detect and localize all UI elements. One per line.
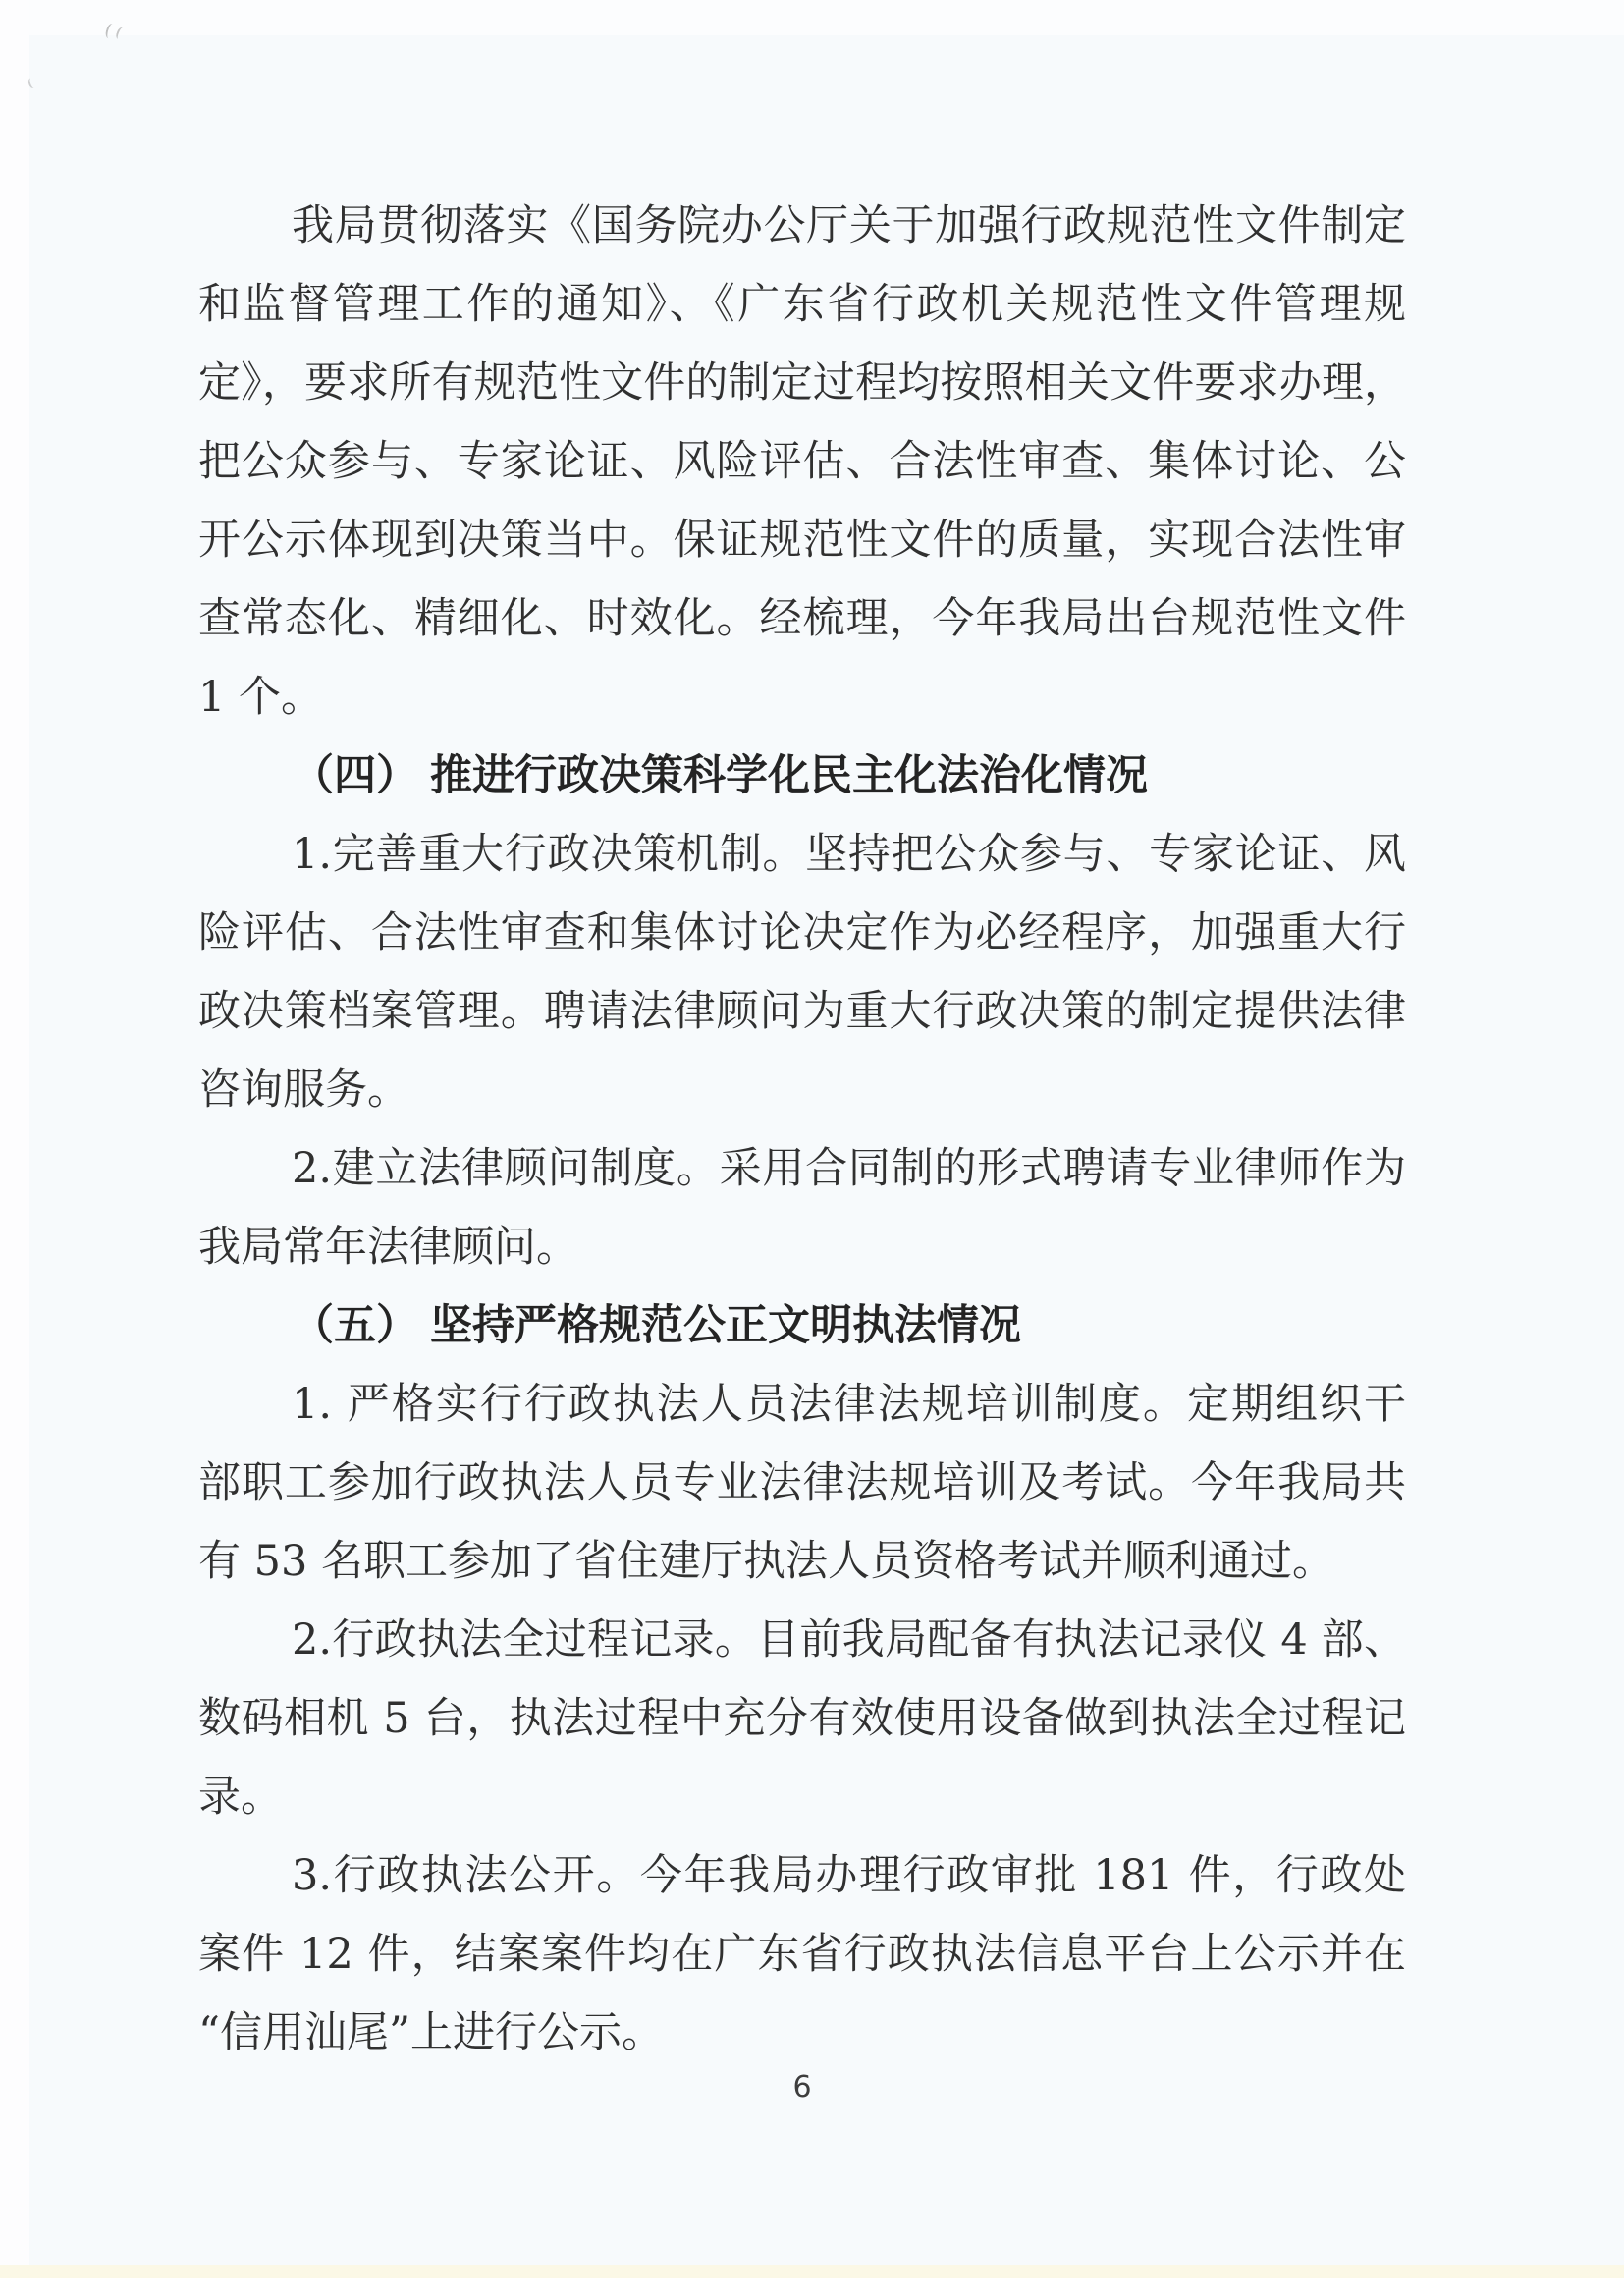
heading-number: （五）	[292, 1286, 418, 1365]
text-line: 2.行政执法全过程记录。目前我局配备有执法记录仪 4 部、	[198, 1601, 1406, 1679]
text-line: 和监督管理工作的通知》、《广东省行政机关规范性文件管理规	[198, 265, 1406, 344]
section-heading: （四）推进行政决策科学化民主化法治化情况	[198, 737, 1406, 815]
section-heading: （五）坚持严格规范公正文明执法情况	[198, 1286, 1406, 1365]
text-line: 录。	[198, 1758, 1406, 1836]
text-line: 政决策档案管理。聘请法律顾问为重大行政决策的制定提供法律	[198, 972, 1406, 1051]
text-line: 1.完善重大行政决策机制。坚持把公众参与、专家论证、风	[198, 815, 1406, 894]
text-line: 把公众参与、专家论证、风险评估、合法性审查、集体讨论、公	[198, 422, 1406, 501]
text-line: 有 53 名职工参加了省住建厅执法人员资格考试并顺利通过。	[198, 1522, 1406, 1601]
text-line: 咨询服务。	[198, 1051, 1406, 1129]
scan-strip-bottom	[0, 2265, 1624, 2278]
text-line: 我局常年法律顾问。	[198, 1208, 1406, 1286]
text-line: 3.行政执法公开。今年我局办理行政审批 181 件，行政处罚	[198, 1836, 1406, 1915]
text-line: 定》，要求所有规范性文件的制定过程均按照相关文件要求办理，	[198, 344, 1406, 422]
text-line: 数码相机 5 台，执法过程中充分有效使用设备做到执法全过程记	[198, 1679, 1406, 1758]
document-page: 我局贯彻落实《国务院办公厅关于加强行政规范性文件制定和监督管理工作的通知》、《广…	[0, 0, 1624, 2296]
text-line: 险评估、合法性审查和集体讨论决定作为必经程序，加强重大行	[198, 894, 1406, 972]
scan-edge-top	[0, 0, 1624, 35]
heading-number: （四）	[292, 737, 418, 815]
text-line: 部职工参加行政执法人员专业法律法规培训及考试。今年我局共	[198, 1444, 1406, 1522]
heading-title: 推进行政决策科学化民主化法治化情况	[430, 737, 1148, 815]
text-line: “信用汕尾”上进行公示。	[198, 1994, 1406, 2072]
text-line: 我局贯彻落实《国务院办公厅关于加强行政规范性文件制定	[198, 187, 1406, 265]
text-line: 查常态化、精细化、时效化。经梳理，今年我局出台规范性文件	[198, 579, 1406, 658]
text-line: 1. 严格实行行政执法人员法律法规培训制度。定期组织干	[198, 1365, 1406, 1444]
page-number: 6	[198, 2066, 1406, 2109]
text-line: 2.建立法律顾问制度。采用合同制的形式聘请专业律师作为	[198, 1129, 1406, 1208]
heading-title: 坚持严格规范公正文明执法情况	[430, 1286, 1021, 1365]
scan-edge-left	[0, 0, 29, 2296]
text-line: 案件 12 件，结案案件均在广东省行政执法信息平台上公示并在	[198, 1915, 1406, 1994]
text-line: 开公示体现到决策当中。保证规范性文件的质量，实现合法性审	[198, 501, 1406, 579]
document-body: 我局贯彻落实《国务院办公厅关于加强行政规范性文件制定和监督管理工作的通知》、《广…	[198, 187, 1406, 2072]
scan-edge-bottom	[0, 2278, 1624, 2296]
text-line: 1 个。	[198, 658, 1406, 737]
